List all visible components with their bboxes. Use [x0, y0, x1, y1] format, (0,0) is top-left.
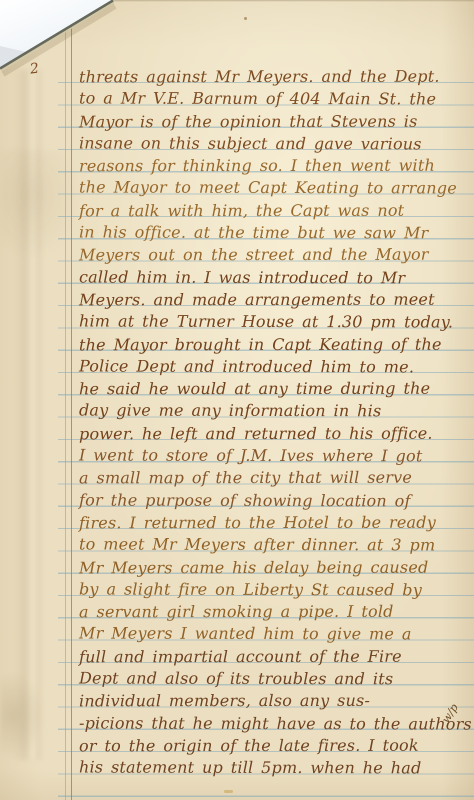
handwritten-line: Dept and also of its troubles and its: [79, 668, 471, 691]
handwritten-line: for the purpose of showing location of: [79, 489, 471, 512]
handwritten-line: Mr Meyers came his delay being caused: [79, 556, 471, 579]
handwritten-line: or to the origin of the late fires. I to…: [79, 735, 471, 758]
handwritten-line: to a Mr V.E. Barnum of 404 Main St. the: [79, 88, 471, 111]
folded-corner: [0, 0, 130, 90]
handwritten-line: -picions that he might have as to the au…: [79, 712, 471, 735]
ink-speck: [224, 790, 233, 793]
handwritten-line: day give me any information in his: [79, 400, 471, 423]
handwritten-line: reasons for thinking so. I then went wit…: [79, 155, 471, 178]
paper-top-edge: [108, 0, 474, 2]
handwritten-line: a servant girl smoking a pipe. I told: [79, 601, 471, 624]
handwritten-line: Mr Meyers I wanted him to give me a: [79, 623, 471, 646]
handwritten-line: insane on this subject and gave various: [79, 132, 471, 155]
journal-page: 2 threats against Mr Meyers. and the Dep…: [0, 0, 474, 800]
handwritten-line: in his office. at the time but we saw Mr: [79, 222, 471, 245]
handwritten-line: I went to store of J.M. Ives where I got: [79, 445, 471, 468]
handwriting-lines: threats against Mr Meyers. and the Dept.…: [79, 66, 471, 780]
handwritten-line: full and impartial account of the Fire: [79, 645, 471, 668]
ink-speck: [244, 17, 247, 20]
handwritten-line: he said he would at any time during the: [79, 378, 471, 401]
handwritten-line: the Mayor brought in Capt Keating of the: [79, 333, 471, 356]
handwritten-line: for a talk with him, the Capt was not: [79, 199, 471, 222]
handwritten-line: individual members, also any sus-: [79, 690, 471, 713]
handwritten-line: power. he left and returned to his offic…: [79, 422, 471, 445]
handwritten-line: fires. I returned to the Hotel to be rea…: [79, 512, 471, 535]
handwritten-line: his statement up till 5pm. when he had: [79, 757, 471, 780]
handwritten-line: a small map of the city that will serve: [79, 467, 471, 490]
paper-wrinkle: [0, 672, 44, 758]
handwritten-line: Mayor is of the opinion that Stevens is: [79, 110, 471, 133]
red-margin-line: [65, 26, 72, 800]
handwritten-line: by a slight fire on Liberty St caused by: [79, 578, 471, 601]
handwritten-line: threats against Mr Meyers. and the Dept.: [79, 66, 471, 89]
handwritten-line: him at the Turner House at 1.30 pm today…: [79, 311, 471, 334]
handwritten-line: called him in. I was introduced to Mr: [79, 266, 471, 289]
handwritten-line: Meyers out on the street and the Mayor: [79, 244, 471, 267]
handwritten-line: the Mayor to meet Capt Keating to arrang…: [79, 177, 471, 200]
handwritten-line: Meyers. and made arrangements to meet: [79, 289, 471, 312]
handwritten-line: to meet Mr Meyers after dinner. at 3 pm: [79, 534, 471, 557]
handwritten-line: Police Dept and introduced him to me.: [79, 355, 471, 378]
